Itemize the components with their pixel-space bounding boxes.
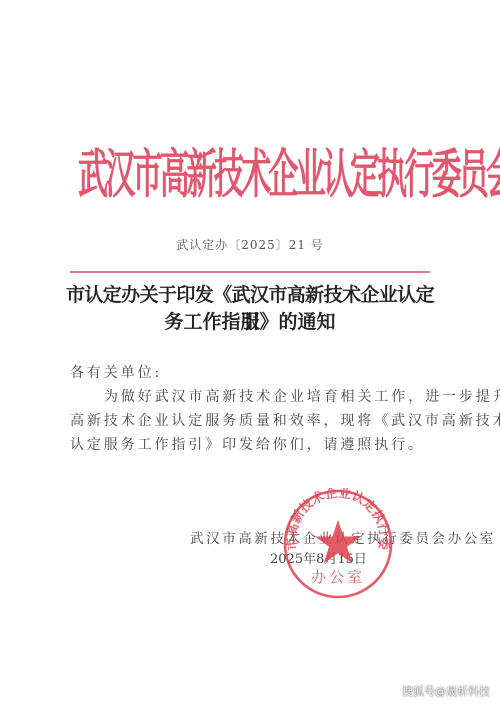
- official-seal: 武汉市高新技术企业认定执行委员会 办公室: [282, 488, 394, 600]
- notice-title-line-2: 务工作指引》的通知: [60, 309, 440, 336]
- body-line-2: 高新技术企业认定服务质量和效率，现将《武汉市高新技术企业: [70, 409, 434, 433]
- document-number: 武认定办〔2025〕21 号: [0, 236, 500, 253]
- seal-graphic: 武汉市高新技术企业认定执行委员会 办公室: [282, 488, 394, 600]
- document-header-title: 武汉市高新技术企业认定执行委员会办公室文件: [78, 124, 422, 229]
- watermark: 搜狐号@晟析科技: [402, 683, 490, 699]
- salutation: 各有关单位:: [70, 361, 434, 385]
- star-icon: [315, 520, 361, 564]
- body-line-3: 认定服务工作指引》印发给你们，请遵照执行。: [70, 433, 434, 457]
- seal-center-text: 办公室: [311, 568, 365, 586]
- body-line-1: 为做好武汉市高新技术企业培育相关工作，进一步提升全市: [70, 385, 434, 409]
- red-divider-rule: [70, 271, 430, 273]
